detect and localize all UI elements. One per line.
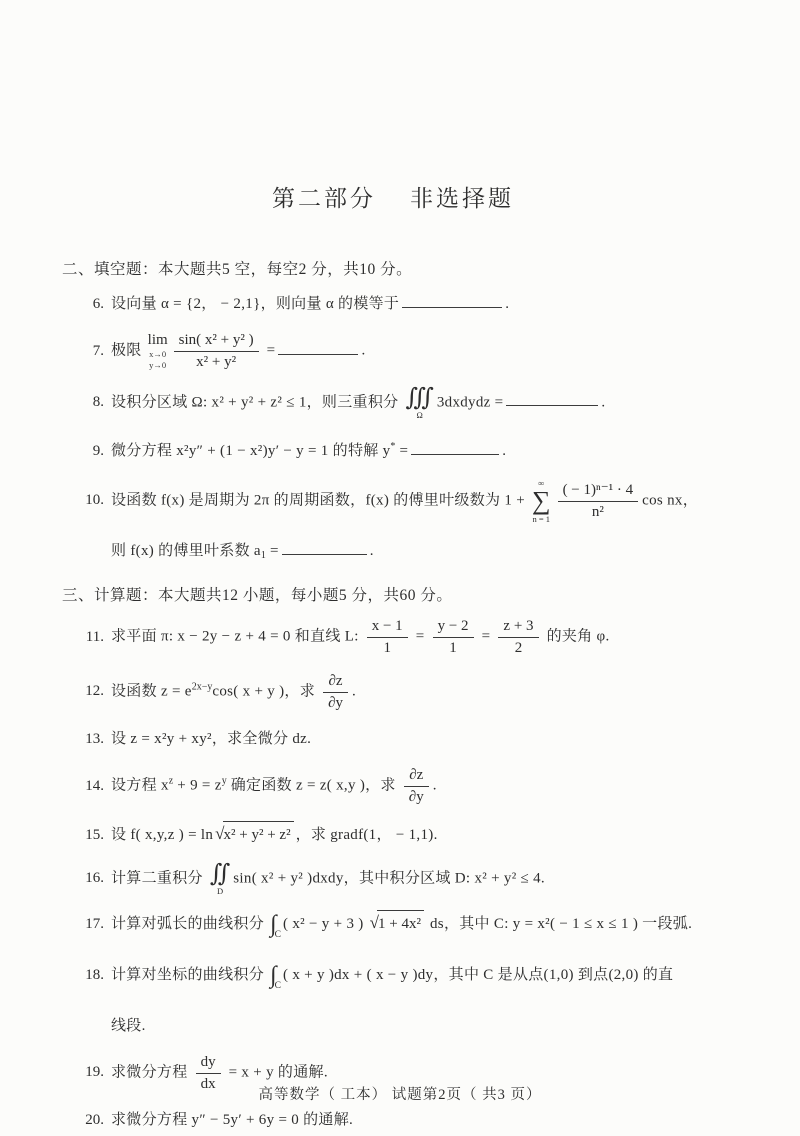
question: 15.设 f( x,y,z ) = ln√x² + y² + z²，求 grad…	[78, 821, 778, 848]
limit-operator: limx→0y→0	[148, 332, 168, 370]
operator-symbol: ∭	[405, 386, 433, 410]
math-text: 3dxdydz =	[437, 394, 504, 410]
question-line: 16.计算二重积分 ∬Dsin( x² + y² )dxdy，其中积分区域 D:…	[78, 862, 778, 896]
question-line: 12.设函数 z = e2x−ycos( x + y )，求 ∂z∂y.	[78, 672, 778, 713]
math-text: 求微分方程 y″ − 5y′ + 6y = 0 的通解.	[111, 1112, 353, 1128]
math-text: .	[505, 296, 509, 312]
question-line: 17.计算对弧长的曲线积分 ∫C( x² − y + 3 ) √1 + 4x² …	[78, 910, 778, 948]
fraction: ∂z∂y	[323, 672, 348, 713]
answer-blank	[402, 292, 502, 308]
question-number: 10.	[78, 487, 104, 513]
question: 11.求平面 π: x − 2y − z + 4 = 0 和直线 L: x − …	[78, 617, 778, 658]
question-number: 18.	[78, 962, 104, 988]
question-number: 8.	[78, 389, 104, 415]
section: 二、填空题：本大题共5 空，每空2 分，共10 分。6.设向量 α = {2， …	[78, 257, 778, 569]
answer-blank	[278, 339, 358, 355]
answer-blank	[282, 539, 367, 555]
fraction: sin( x² + y² )x² + y²	[174, 331, 259, 372]
question-line: 6.设向量 α = {2， − 2,1}，则向量 α 的模等于.	[78, 291, 778, 317]
lim-word: lim	[148, 332, 168, 349]
question-line-continuation: 则 f(x) 的傅里叶系数 a1 =.	[78, 538, 778, 569]
question-line: 9.微分方程 x²y″ + (1 − x²)y′ − y = 1 的特解 y* …	[78, 434, 778, 464]
math-text: .	[352, 683, 356, 699]
question: 20.求微分方程 y″ − 5y′ + 6y = 0 的通解.	[78, 1107, 778, 1133]
answer-blank	[506, 390, 598, 406]
question-number: 17.	[78, 911, 104, 937]
fraction-numerator: ∂z	[323, 672, 348, 693]
question-line: 13.设 z = x²y + xy²，求全微分 dz.	[78, 726, 778, 752]
square-root: √1 + 4x²	[370, 910, 424, 937]
math-text: ( x² − y + 3 )	[283, 916, 368, 932]
operator-symbol: ∬	[210, 862, 230, 886]
question-number: 14.	[78, 773, 104, 799]
section-heading: 三、计算题：本大题共12 小题，每小题5 分，共60 分。	[62, 583, 778, 605]
question-line: 7.极限 limx→0y→0sin( x² + y² )x² + y² =.	[78, 331, 778, 372]
math-text: + 9 = z	[173, 778, 221, 794]
question-number: 13.	[78, 726, 104, 752]
math-text: ，求 gradf(1， − 1,1).	[296, 827, 438, 843]
math-text: 设 z = x²y + xy²，求全微分 dz.	[111, 731, 311, 747]
math-text: =	[266, 543, 279, 559]
math-text: 设向量 α = {2， − 2,1}，则向量 α 的模等于	[111, 296, 399, 312]
question-number: 16.	[78, 865, 104, 891]
math-text: 设函数 f(x) 是周期为 2π 的周期函数，f(x) 的傅里叶级数为 1 +	[111, 492, 529, 508]
math-text: .	[370, 543, 374, 559]
question: 14.设方程 xz + 9 = zy 确定函数 z = z( x,y )，求 ∂…	[78, 766, 778, 807]
question-number: 7.	[78, 338, 104, 364]
question-line: 10.设函数 f(x) 是周期为 2π 的周期函数，f(x) 的傅里叶级数为 1…	[78, 478, 778, 524]
fraction-numerator: dy	[196, 1053, 221, 1074]
math-text: =	[395, 443, 408, 459]
math-text: 则 f(x) 的傅里叶系数 a	[111, 543, 261, 559]
section: 三、计算题：本大题共12 小题，每小题5 分，共60 分。11.求平面 π: x…	[78, 583, 778, 1133]
operator-lower-limit: D	[217, 886, 223, 896]
fraction: ( − 1)ⁿ⁻¹ · 4n²	[558, 481, 639, 522]
sections: 二、填空题：本大题共5 空，每空2 分，共10 分。6.设向量 α = {2， …	[78, 257, 778, 1133]
fraction-denominator: 1	[367, 638, 408, 657]
question-number: 12.	[78, 678, 104, 704]
question: 13.设 z = x²y + xy²，求全微分 dz.	[78, 726, 778, 752]
fraction: x − 11	[367, 617, 408, 658]
question-number: 19.	[78, 1059, 104, 1085]
page-footer: 高等数学（ 工本） 试题第2页（ 共3 页）	[0, 1083, 800, 1104]
math-text: 计算二重积分	[111, 870, 207, 886]
question-line: 20.求微分方程 y″ − 5y′ + 6y = 0 的通解.	[78, 1107, 778, 1133]
question-line-continuation: 线段.	[78, 1013, 778, 1039]
summation-operator: ∞∑n = 1	[532, 478, 551, 524]
math-text: .	[601, 394, 605, 410]
lim-condition: y→0	[148, 360, 168, 371]
operator-symbol: ∑	[532, 488, 551, 514]
question-number: 20.	[78, 1107, 104, 1133]
math-text: 求平面 π: x − 2y − z + 4 = 0 和直线 L:	[111, 629, 363, 645]
math-text: =	[263, 343, 276, 359]
fraction: z + 32	[498, 617, 538, 658]
fraction-denominator: 1	[433, 638, 474, 657]
operator-lower-limit: n = 1	[533, 514, 551, 524]
question-number: 15.	[78, 822, 104, 848]
square-root: √x² + y² + z²	[215, 821, 293, 848]
fraction-numerator: ∂z	[404, 766, 429, 787]
operator-lower-limit: Ω	[416, 410, 422, 420]
question: 12.设函数 z = e2x−ycos( x + y )，求 ∂z∂y.	[78, 672, 778, 713]
exam-paper-page: 第二部分非选择题 二、填空题：本大题共5 空，每空2 分，共10 分。6.设向量…	[0, 0, 800, 1136]
question-line: 11.求平面 π: x − 2y − z + 4 = 0 和直线 L: x − …	[78, 617, 778, 658]
math-text: cos( x + y )，求	[212, 683, 319, 699]
math-text: 计算对弧长的曲线积分	[111, 916, 268, 932]
math-text: .	[502, 443, 506, 459]
integral-path-label: C	[275, 930, 281, 940]
math-text: =	[412, 629, 429, 645]
math-text: .	[361, 343, 365, 359]
math-text: 微分方程 x²y″ + (1 − x²)y′ − y = 1 的特解 y	[111, 443, 390, 459]
line-integral-operator: ∫C	[270, 911, 281, 948]
math-text: .	[433, 778, 437, 794]
question: 9.微分方程 x²y″ + (1 − x²)y′ − y = 1 的特解 y* …	[78, 434, 778, 464]
fraction: ∂z∂y	[404, 766, 429, 807]
math-text: 计算对坐标的曲线积分	[111, 967, 268, 983]
question-number: 9.	[78, 438, 104, 464]
fraction-numerator: sin( x² + y² )	[174, 331, 259, 352]
math-text: 极限	[111, 343, 146, 359]
page-title-part1: 第二部分	[272, 186, 376, 211]
superscript: 2x−y	[192, 681, 213, 692]
math-text: sin( x² + y² )dxdy，其中积分区域 D: x² + y² ≤ 4…	[233, 870, 545, 886]
answer-blank	[411, 439, 499, 455]
question: 7.极限 limx→0y→0sin( x² + y² )x² + y² =.	[78, 331, 778, 372]
fraction-denominator: 2	[498, 638, 538, 657]
radicand: 1 + 4x²	[377, 910, 424, 937]
question-number: 11.	[78, 624, 104, 650]
math-text: 线段.	[111, 1018, 146, 1034]
math-text: 设方程 x	[111, 778, 169, 794]
radicand: x² + y² + z²	[223, 821, 294, 848]
question: 16.计算二重积分 ∬Dsin( x² + y² )dxdy，其中积分区域 D:…	[78, 862, 778, 896]
math-text: 设 f( x,y,z ) = ln	[111, 827, 213, 843]
fraction-denominator: ∂y	[404, 787, 429, 806]
integral-path-label: C	[275, 981, 281, 991]
math-text: cos nx，	[642, 492, 698, 508]
math-text: ( x + y )dx + ( x − y )dy，其中 C 是从点(1,0) …	[283, 967, 673, 983]
math-text: 的夹角 φ.	[543, 629, 610, 645]
integral-operator: ∭Ω	[405, 386, 433, 420]
question-number: 6.	[78, 291, 104, 317]
fraction-numerator: z + 3	[498, 617, 538, 638]
question: 17.计算对弧长的曲线积分 ∫C( x² − y + 3 ) √1 + 4x² …	[78, 910, 778, 948]
math-text: 求微分方程	[111, 1064, 192, 1080]
fraction-denominator: n²	[558, 502, 639, 521]
line-integral-operator: ∫C	[270, 962, 281, 999]
math-text: 确定函数 z = z( x,y )，求	[227, 778, 400, 794]
math-text: = x + y 的通解.	[225, 1064, 328, 1080]
math-text: 设积分区域 Ω: x² + y² + z² ≤ 1，则三重积分	[111, 394, 402, 410]
page-title-part2: 非选择题	[410, 186, 514, 211]
fraction-denominator: ∂y	[323, 693, 348, 712]
question-line: 18.计算对坐标的曲线积分 ∫C( x + y )dx + ( x − y )d…	[78, 962, 778, 999]
fraction-denominator: x² + y²	[174, 352, 259, 371]
question-line: 15.设 f( x,y,z ) = ln√x² + y² + z²，求 grad…	[78, 821, 778, 848]
math-text: 设函数 z = e	[111, 683, 192, 699]
question-line: 8.设积分区域 Ω: x² + y² + z² ≤ 1，则三重积分 ∭Ω3dxd…	[78, 386, 778, 420]
fraction-numerator: y − 2	[433, 617, 474, 638]
question: 18.计算对坐标的曲线积分 ∫C( x + y )dx + ( x − y )d…	[78, 962, 778, 1039]
question: 8.设积分区域 Ω: x² + y² + z² ≤ 1，则三重积分 ∭Ω3dxd…	[78, 386, 778, 420]
math-text: =	[478, 629, 495, 645]
section-heading: 二、填空题：本大题共5 空，每空2 分，共10 分。	[62, 257, 778, 279]
integral-operator: ∬D	[210, 862, 230, 896]
fraction: y − 21	[433, 617, 474, 658]
lim-condition: x→0	[148, 349, 168, 360]
fraction-numerator: x − 1	[367, 617, 408, 638]
question-line: 14.设方程 xz + 9 = zy 确定函数 z = z( x,y )，求 ∂…	[78, 766, 778, 807]
page-title: 第二部分非选择题	[78, 180, 778, 213]
question: 10.设函数 f(x) 是周期为 2π 的周期函数，f(x) 的傅里叶级数为 1…	[78, 478, 778, 569]
question: 6.设向量 α = {2， − 2,1}，则向量 α 的模等于.	[78, 291, 778, 317]
fraction-numerator: ( − 1)ⁿ⁻¹ · 4	[558, 481, 639, 502]
math-text: ds，其中 C: y = x²( − 1 ≤ x ≤ 1 ) 一段弧.	[426, 916, 692, 932]
